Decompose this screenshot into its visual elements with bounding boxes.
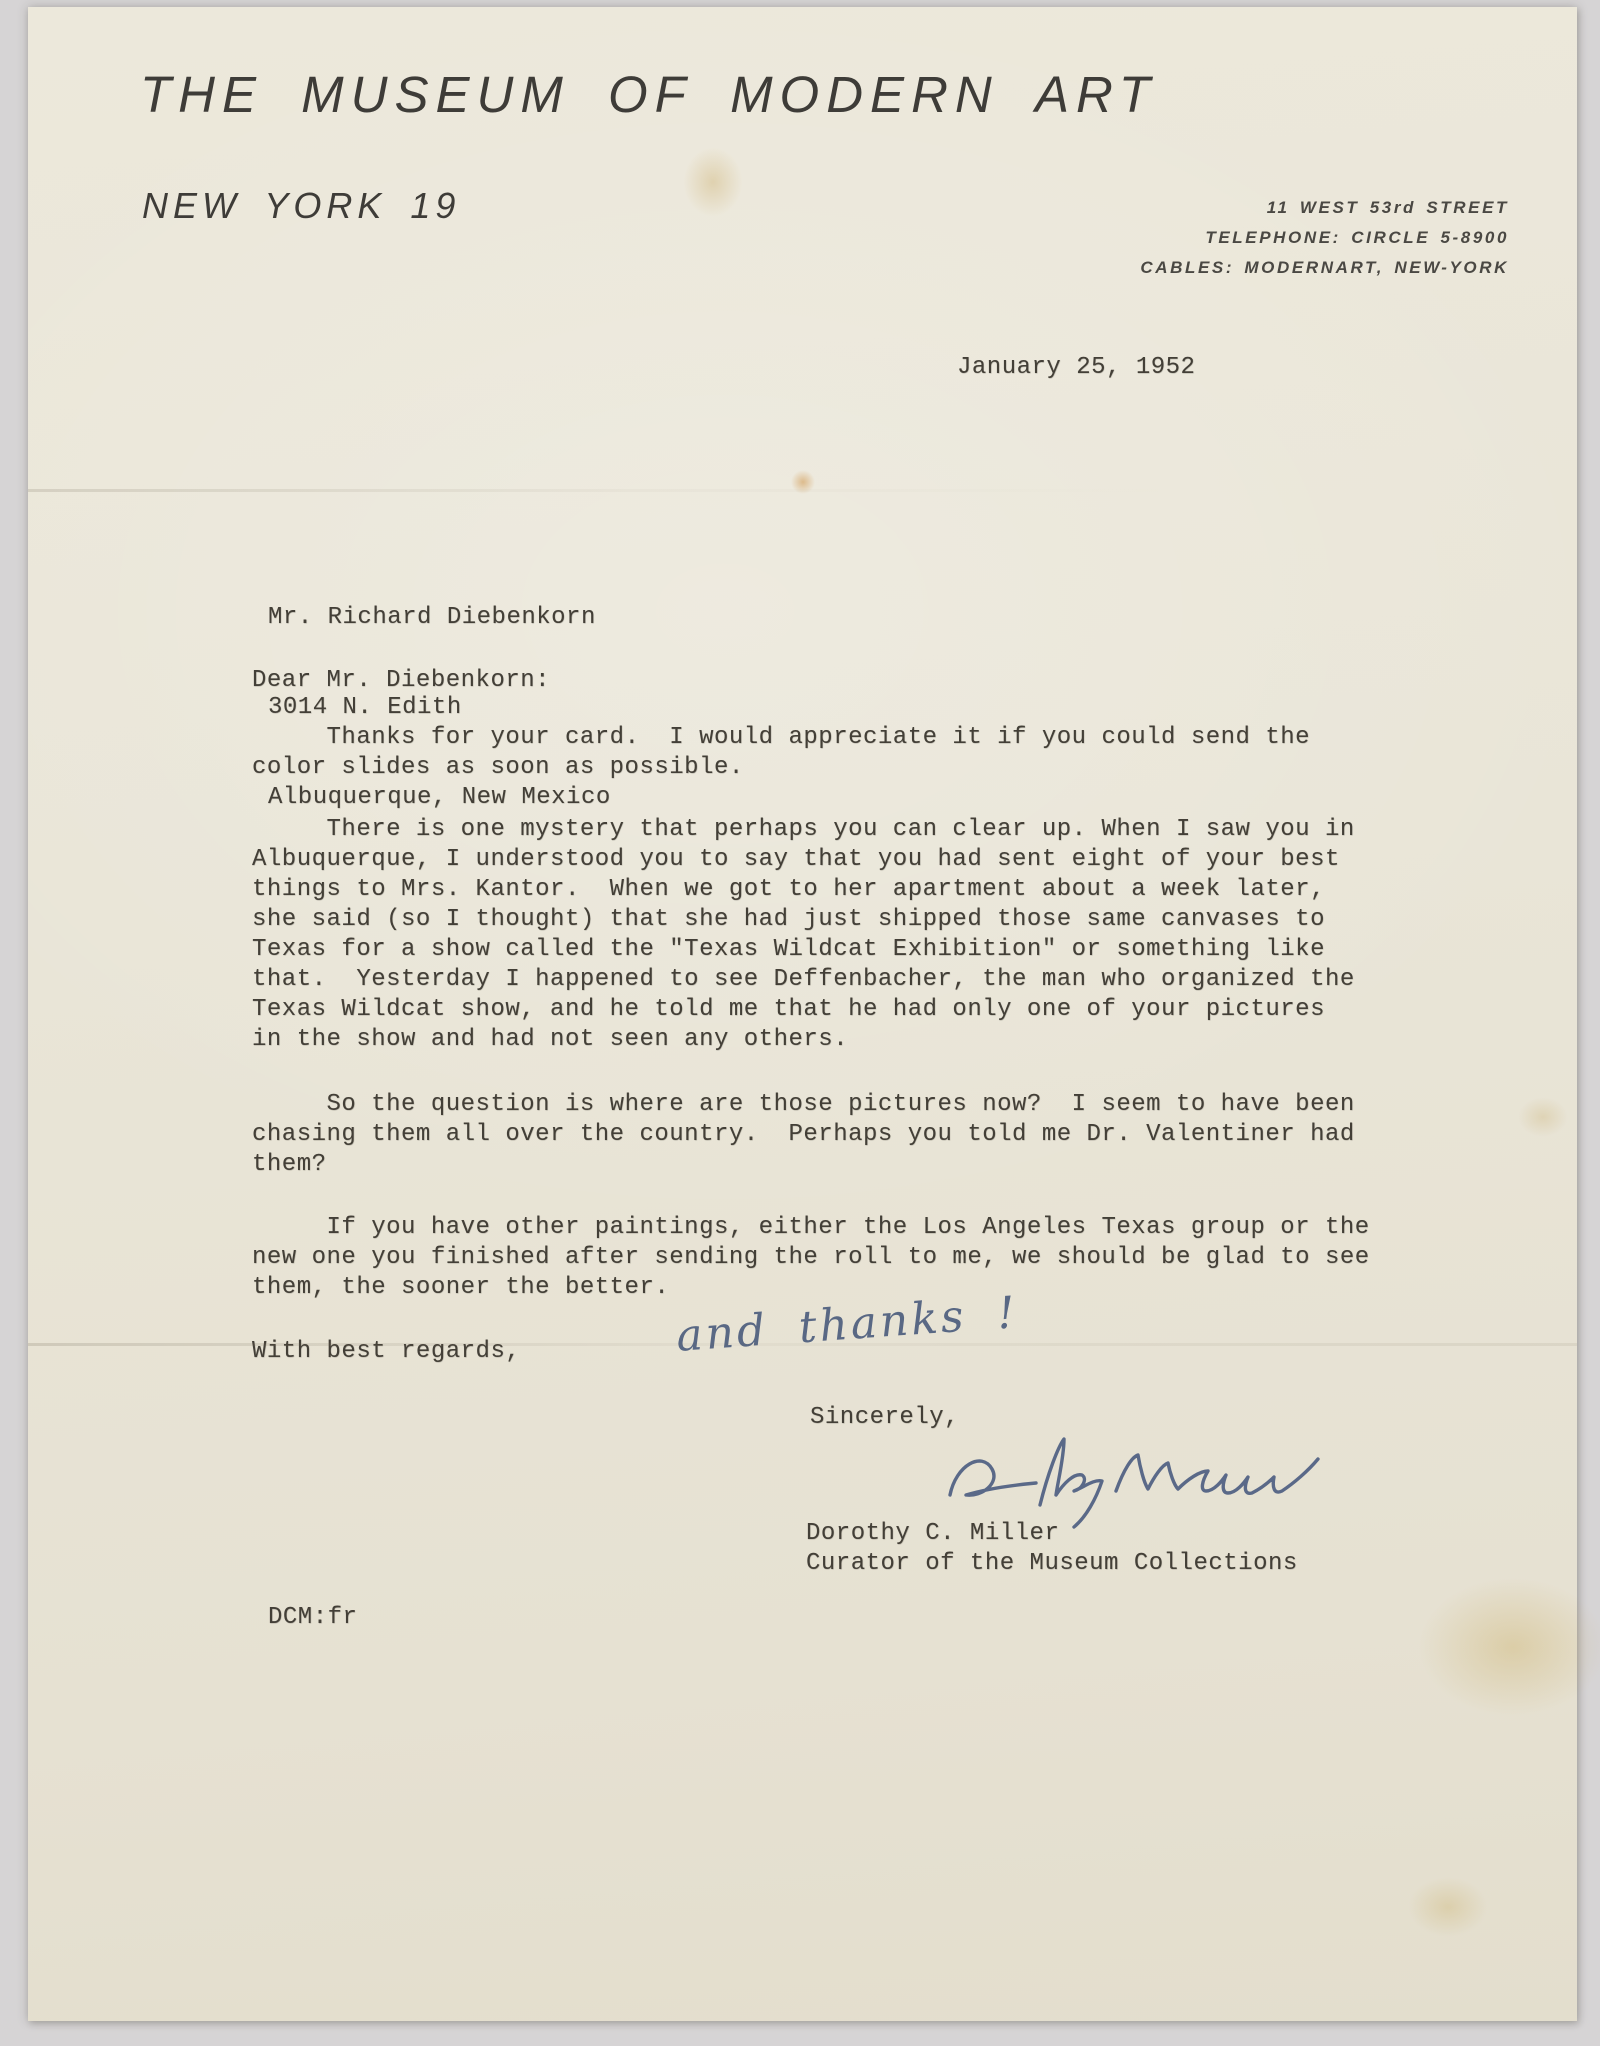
paper-fold-crease: [28, 489, 1577, 492]
body-paragraph-2: There is one mystery that perhaps you ca…: [252, 815, 1482, 1055]
paper-stain: [1418, 1577, 1600, 1717]
recipient-city: Albuquerque, New Mexico: [268, 783, 611, 813]
body-paragraph-3: So the question is where are those pictu…: [252, 1090, 1482, 1180]
body-paragraph-4: If you have other paintings, either the …: [252, 1213, 1482, 1303]
letterhead-title: THE MUSEUM OF MODERN ART: [140, 65, 1157, 124]
signature-stroke-surname: [1116, 1455, 1318, 1493]
signature-typed-title: Curator of the Museum Collections: [806, 1549, 1298, 1579]
paper-stain: [1408, 1877, 1488, 1937]
letterhead-address-block: 11 WEST 53rd STREET TELEPHONE: CIRCLE 5-…: [1140, 193, 1509, 283]
recipient-name: Mr. Richard Diebenkorn: [268, 603, 611, 633]
typist-reference: DCM:fr: [268, 1603, 357, 1633]
paper-stain: [790, 469, 816, 495]
salutation: Dear Mr. Diebenkorn:: [252, 666, 550, 696]
letter-paper: THE MUSEUM OF MODERN ART NEW YORK 19 11 …: [28, 7, 1577, 2021]
body-paragraph-1: Thanks for your card. I would appreciate…: [252, 723, 1482, 783]
letterhead-street-line: 11 WEST 53rd STREET: [1140, 193, 1509, 223]
paper-stain: [1518, 1097, 1568, 1137]
recipient-street: 3014 N. Edith: [268, 693, 611, 723]
paper-stain: [683, 147, 743, 217]
letterhead-telephone-line: TELEPHONE: CIRCLE 5-8900: [1140, 223, 1509, 253]
letterhead-cables-line: CABLES: MODERNART, NEW-YORK: [1140, 253, 1509, 283]
signature-stroke-middle: [1040, 1439, 1102, 1527]
letterhead-city-line: NEW YORK 19: [142, 185, 460, 227]
closing-regards-line: With best regards,: [252, 1337, 520, 1367]
signature-typed-name: Dorothy C. Miller: [806, 1519, 1059, 1549]
signature-stroke-initial: [950, 1461, 1036, 1495]
date-line: January 25, 1952: [957, 353, 1195, 383]
